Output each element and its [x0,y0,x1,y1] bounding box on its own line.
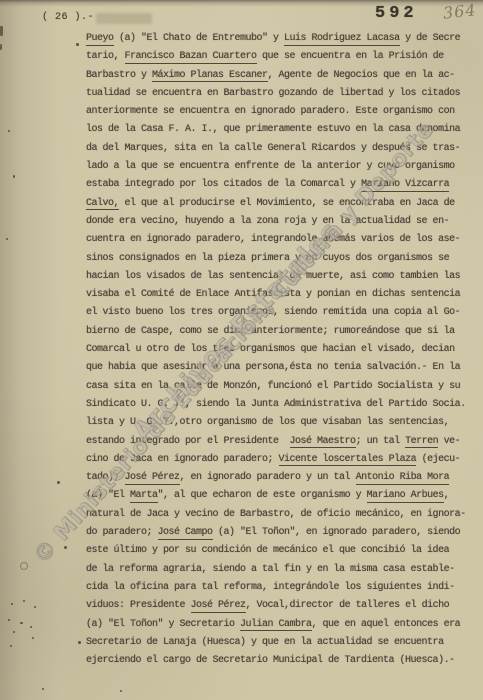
text-line: bierno de Caspe, como se dice anteriorme… [86,323,478,341]
erased-smudge [96,13,152,24]
underlined-name: Vicente loscertales Plaza [279,454,417,467]
scan-edge-mark [0,44,2,50]
text-line: Sindicato U. G. T., siendo la Junta Admi… [86,396,478,414]
text-line: (a) "El Toñon" y Secretario Julian Cambr… [86,616,478,634]
ink-speck [23,600,25,602]
underlined-name: José Pérez [191,600,246,613]
underlined-name: José Pérez [125,472,180,485]
paper-stain-ring [20,562,28,570]
ink-speck [42,688,44,690]
text-line: que habia que asesinar a una persona,ést… [86,359,478,377]
scan-edge-mark [0,26,3,36]
text-line: natural de Jaca y vecino de Barbastro, d… [86,506,478,524]
text-line: lado a la que se encuentra enfrente de l… [86,158,478,176]
scanned-document-page: ( 26 ).- 592 364 Pueyo (a) "El Chato de … [0,0,483,700]
ink-speck [8,619,10,621]
ink-speck [11,603,13,605]
ink-speck [78,641,81,644]
ink-speck [13,175,15,178]
page-number-stamp: 592 [375,4,418,23]
ink-speck [20,622,23,624]
text-line: Barbastro y Máximo Planas Escaner, Agent… [86,67,478,85]
text-line: este último y por su condición de mecáni… [86,542,478,560]
text-line: (a) "El Marta", al que echaron de este o… [86,487,478,505]
underlined-name: Francisco Bazan Cuartero [125,51,257,64]
text-line: cino de Jaca en ignorado paradero; Vicen… [86,451,478,469]
text-line: anteriormente se encuentra en ignorado p… [86,103,478,121]
page-reference-number: ( 26 ).- [42,12,94,23]
handwritten-folio-number: 364 [442,0,477,22]
underlined-name: Terren [405,436,438,449]
ink-speck [34,606,36,608]
ink-speck [76,43,79,46]
text-line: Secretario de Lanaja (Huesca) y que en l… [86,634,478,652]
text-line: sinos consignados en la pieza primera y … [86,250,478,268]
ink-speck [120,690,122,692]
text-line: visaba el Comité de Enlace Antifascista … [86,286,478,304]
text-line: tualidad se encuentra en Barbastro gozan… [86,85,478,103]
text-line: do paradero; José Campo (a) "El Toñon", … [86,524,478,542]
underlined-name: Calvo, [86,198,119,211]
text-line: cida la oficina para tal reforma, integr… [86,579,478,597]
text-line: de la reforma agraria, siendo a tal fin … [86,561,478,579]
underlined-name: Máximo Planas Escaner [152,70,268,83]
text-line: viduos: Presidente José Pérez, Vocal,dir… [86,597,478,615]
ink-speck [57,481,60,484]
text-line: cuentra en ignorado paradero, integrando… [86,231,478,249]
text-line: los de la Casa F. A. I., que primerament… [86,121,478,139]
ink-speck [13,631,15,633]
text-line: el visto bueno los tres organismos, sien… [86,304,478,322]
text-line: Comarcal u otro de los tres organismos q… [86,341,478,359]
ink-speck [8,130,10,132]
ink-speck [32,637,34,639]
text-line: estando integrado por el Presidente José… [86,433,478,451]
text-line: casa sita en la calle de Monzón, funcion… [86,378,478,396]
underlined-name: Mariano Vizcarra [361,179,449,192]
text-line: Pueyo (a) "El Chato de Entremubo" y Luis… [86,30,478,48]
ink-speck [64,546,67,549]
underlined-name: Antonio Riba Mora [356,472,450,485]
text-line: donde era vecino, huyendo a la zona roja… [86,213,478,231]
text-line: tado); José Pérez, en ignorado paradero … [86,469,478,487]
ink-speck [30,626,32,628]
underlined-name: Julian Cambra [240,619,312,632]
underlined-name: José Campo [158,527,213,540]
underlined-name: Marta [130,490,158,503]
text-line: hacian los visados de las sentencias de … [86,268,478,286]
text-line: estaba integrado por los citados de la C… [86,176,478,194]
ink-speck [6,238,8,240]
text-line: ejerciendo el cargo de Secretario Munici… [86,652,478,670]
underlined-name: José Maestro [290,436,356,449]
text-line: lista y U. G. T.,otro organismo de los q… [86,414,478,432]
text-line: Calvo, el que al producirse el Movimient… [86,195,478,213]
text-line: tario, Francisco Bazan Cuartero que se e… [86,48,478,66]
underlined-name: Luis Rodriguez Lacasa [284,33,400,46]
text-line: da del Marques, sita en la calle General… [86,140,478,158]
ink-speck [10,645,12,647]
underlined-name: Pueyo [86,33,114,46]
typewritten-text: Pueyo (a) "El Chato de Entremubo" y Luis… [86,30,478,670]
underlined-name: Mariano Arbues [367,490,444,503]
